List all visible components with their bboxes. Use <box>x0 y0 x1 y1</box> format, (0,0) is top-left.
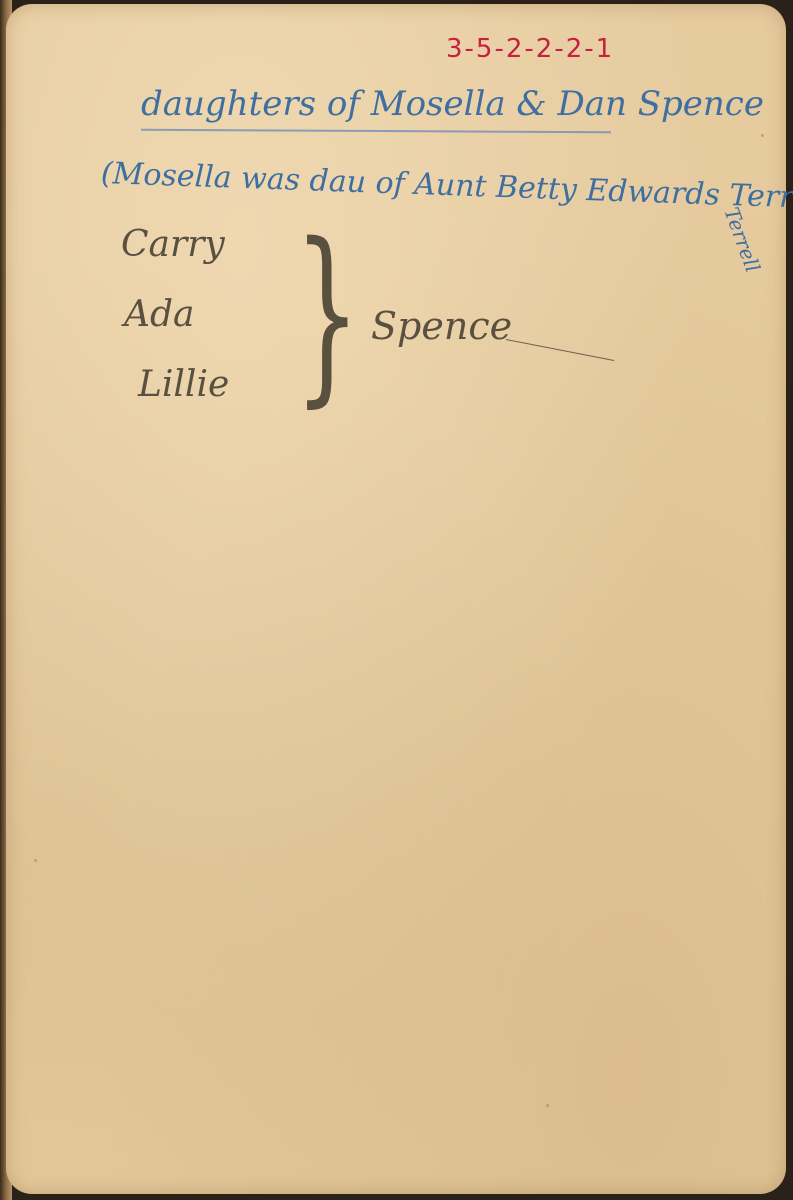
name-carry: Carry <box>121 224 225 265</box>
name-lillie: Lillie <box>138 364 229 405</box>
genealogy-note: (Mosella was dau of Aunt Betty Edwards T… <box>100 156 793 216</box>
grouping-brace: } <box>294 219 360 409</box>
name-ada: Ada <box>124 294 195 335</box>
photo-card-back: 3-5-2-2-2-1 daughters of Mosella & Dan S… <box>6 4 786 1194</box>
heading-inscription: daughters of Mosella & Dan Spence <box>141 84 764 124</box>
paper-speck <box>546 1104 549 1107</box>
heading-underline <box>141 129 611 133</box>
paper-speck <box>761 134 764 137</box>
note-continuation: Terrell <box>719 204 765 276</box>
surname-inscription: Spence <box>371 304 512 348</box>
surname-flourish <box>506 339 614 361</box>
catalog-number: 3-5-2-2-2-1 <box>446 34 614 64</box>
paper-speck <box>34 859 37 862</box>
